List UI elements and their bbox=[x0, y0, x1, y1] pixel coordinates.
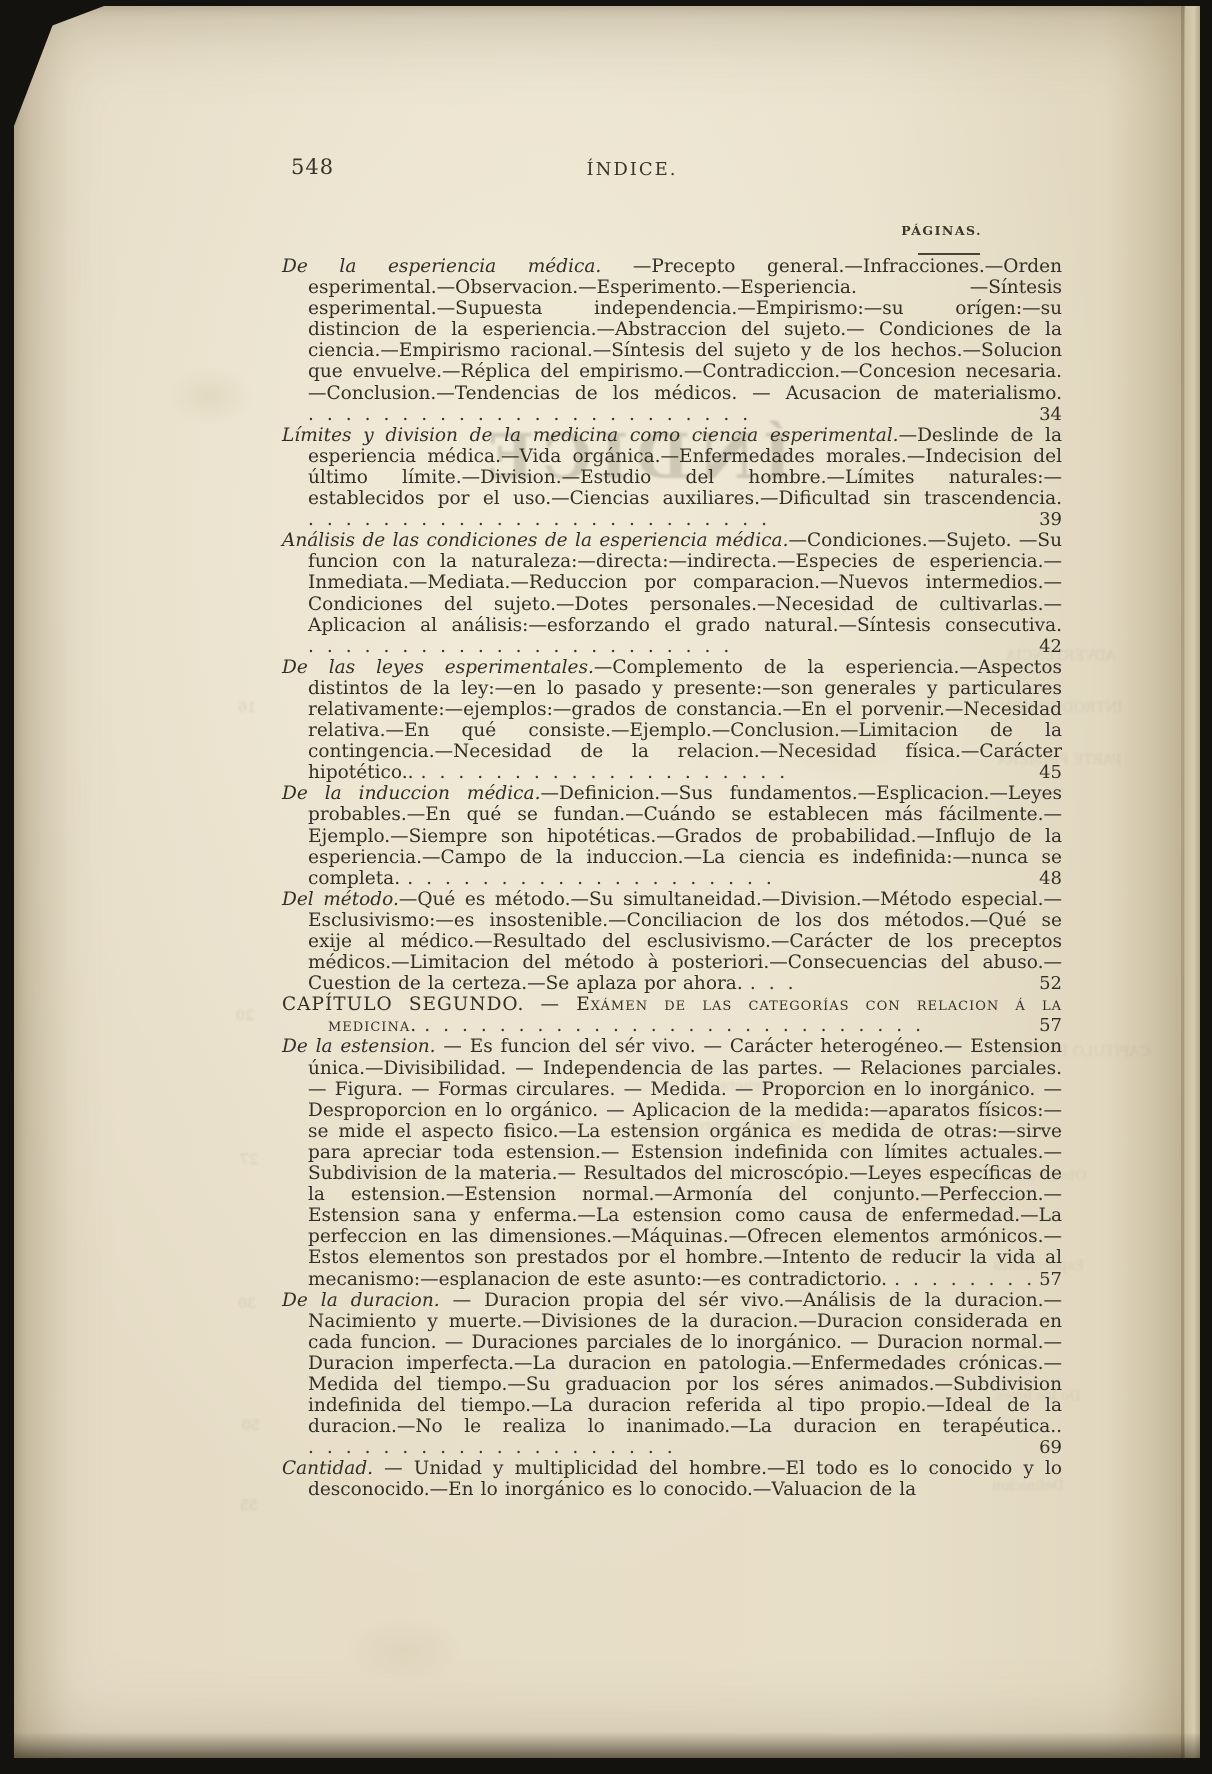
entry-page-number: 42 bbox=[1039, 636, 1062, 657]
entry-page-number: 48 bbox=[1039, 868, 1062, 889]
stain bbox=[164, 366, 254, 426]
dot-leader: ......................... bbox=[308, 509, 780, 530]
entry-page-number: 57 bbox=[1039, 1015, 1062, 1036]
toc-entry: De la duracion. — Duracion propia del sé… bbox=[282, 1290, 1062, 1459]
toc-entry: De la esperiencia médica. —Precepto gene… bbox=[282, 256, 1062, 425]
under-page-edge bbox=[1185, 6, 1200, 1758]
dot-leader: .................... bbox=[407, 868, 785, 889]
dot-leader: .................... bbox=[421, 762, 799, 783]
entry-title: De la duracion. bbox=[282, 1290, 440, 1311]
entry-description: — Unidad y multiplicidad del hombre.—El … bbox=[308, 1458, 1062, 1500]
dot-leader: ........................ bbox=[308, 404, 761, 425]
bottom-shadow bbox=[14, 1732, 1200, 1758]
toc-entry: CAPÍTULO SEGUNDO. — Exámen de las catego… bbox=[282, 994, 1062, 1036]
page-edge-crease bbox=[1181, 6, 1184, 1758]
header-rule bbox=[918, 253, 980, 255]
bleedthrough-number: 55 bbox=[240, 1498, 258, 1514]
entry-title: Del método. bbox=[282, 889, 399, 910]
entry-title: De la estension. bbox=[282, 1036, 436, 1057]
dot-leader: ........................... bbox=[424, 1015, 934, 1036]
entry-title: Cantidad. bbox=[282, 1458, 373, 1479]
entry-title: De la induccion médica. bbox=[282, 783, 540, 804]
toc-entry: Cantidad. — Unidad y multiplicidad del h… bbox=[282, 1458, 1062, 1500]
toc-entry: De las leyes esperimentales.—Complemento… bbox=[282, 657, 1062, 784]
dot-leader: ........ bbox=[894, 1269, 1045, 1290]
dot-leader: .................... bbox=[308, 1437, 686, 1458]
toc-entry: Del método.—Qué es método.—Su simultanei… bbox=[282, 889, 1062, 994]
running-title: ÍNDICE. bbox=[282, 159, 982, 180]
bleedthrough-number: 20 bbox=[236, 1008, 254, 1024]
scanned-book-page: { "page": { "folio": "548", "running_tit… bbox=[0, 0, 1212, 1774]
entry-description: —Precepto general.—Infracciones.—Orden e… bbox=[308, 256, 1062, 404]
entry-page-number: 57 bbox=[1039, 1269, 1062, 1290]
dot-leader: ....................... bbox=[308, 636, 742, 657]
bleedthrough-number: 27 bbox=[240, 1152, 258, 1168]
page-scan: ÍNDICE ADVERTENCIAINTRODUCCIONPARTE PRIM… bbox=[14, 6, 1200, 1758]
entry-title: Análisis de las condiciones de la esperi… bbox=[282, 530, 788, 551]
corner-cut bbox=[14, 6, 104, 40]
bleedthrough-number: 30 bbox=[238, 1296, 256, 1312]
paginas-column-header: PÁGINAS. bbox=[782, 223, 982, 238]
bleedthrough-number: 16 bbox=[238, 700, 256, 716]
toc-entry: Límites y division de la medicina como c… bbox=[282, 425, 1062, 530]
entry-title: Límites y division de la medicina como c… bbox=[282, 425, 899, 446]
toc-entries-list: De la esperiencia médica. —Precepto gene… bbox=[282, 256, 1062, 1501]
entry-description: — Duracion propia del sér vivo.—Análisis… bbox=[308, 1290, 1062, 1438]
entry-page-number: 45 bbox=[1039, 762, 1062, 783]
entry-page-number: 34 bbox=[1039, 404, 1062, 425]
dot-leader: ... bbox=[750, 973, 807, 994]
entry-page-number: 52 bbox=[1039, 973, 1062, 994]
entry-title: De la esperiencia médica. bbox=[282, 256, 601, 277]
toc-entry: De la estension. — Es funcion del sér vi… bbox=[282, 1036, 1062, 1289]
entry-description: — Es funcion del sér vivo. — Carácter he… bbox=[308, 1036, 1062, 1289]
stain bbox=[344, 1616, 464, 1686]
entry-page-number: 39 bbox=[1039, 509, 1062, 530]
toc-entry: Análisis de las condiciones de la esperi… bbox=[282, 530, 1062, 657]
entry-title: De las leyes esperimentales. bbox=[282, 657, 594, 678]
entry-title: CAPÍTULO SEGUNDO. bbox=[282, 994, 524, 1015]
entry-page-number: 69 bbox=[1039, 1437, 1062, 1458]
bleedthrough-number: 50 bbox=[242, 1418, 260, 1434]
entry-description: —Qué es método.—Su simultaneidad.—Divisi… bbox=[308, 889, 1062, 994]
toc-entry: De la induccion médica.—Definicion.—Sus … bbox=[282, 783, 1062, 888]
